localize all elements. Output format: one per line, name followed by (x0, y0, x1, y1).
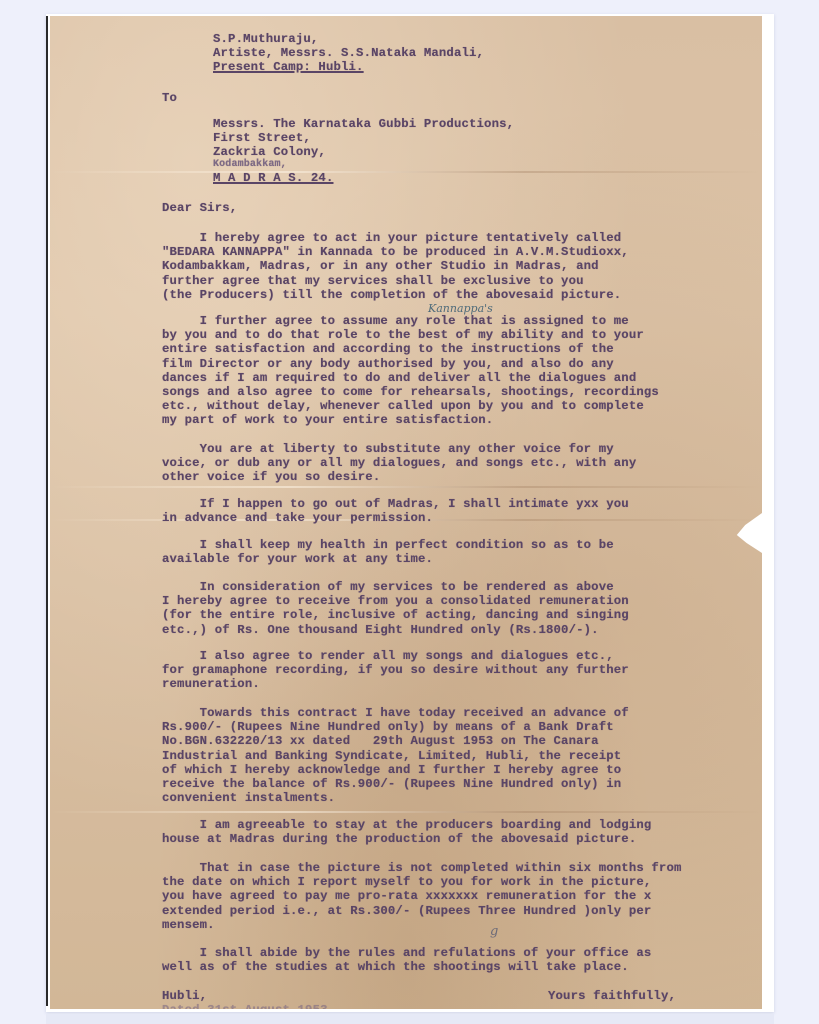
image-viewer: S.P.Muthuraju, Artiste, Messrs. S.S.Nata… (0, 0, 819, 1024)
scanned-letter: S.P.Muthuraju, Artiste, Messrs. S.S.Nata… (50, 16, 762, 1009)
handwritten-mark: g (490, 924, 498, 939)
para-3: You are at liberty to substitute any oth… (162, 442, 636, 485)
date-line: Dated 31st August 1953 (162, 1003, 328, 1009)
para-5: I shall keep my health in perfect condit… (162, 538, 614, 566)
recipient-line: Messrs. The Karnataka Gubbi Productions, (213, 117, 514, 131)
para-2: I further agree to assume any role that … (162, 314, 659, 428)
recipient-line: First Street, (213, 131, 311, 145)
para-11: I shall abide by the rules and refulatio… (162, 946, 651, 974)
para-7: I also agree to render all my songs and … (162, 649, 629, 692)
closing: Yours faithfully, (548, 989, 676, 1003)
sender-name: S.P.Muthuraju, (213, 32, 318, 46)
to-label: To (162, 91, 177, 105)
paper-fold (50, 171, 762, 173)
para-4: If I happen to go out of Madras, I shall… (162, 497, 629, 525)
sender-camp: Present Camp: Hubli. (213, 60, 364, 74)
place: Hubli, (162, 989, 207, 1003)
paper-fold (50, 811, 762, 813)
para-10: That in case the picture is not complete… (162, 861, 682, 932)
para-9: I am agreeable to stay at the producers … (162, 818, 651, 846)
recipient-city: M A D R A S. 24. (213, 171, 333, 185)
salutation: Dear Sirs, (162, 201, 237, 215)
viewer-bottom-bar (46, 1014, 774, 1024)
paper-fold (50, 486, 762, 488)
para-1: I hereby agree to act in your picture te… (162, 231, 629, 302)
para-6: In consideration of my services to be re… (162, 580, 629, 637)
para-8: Towards this contract I have today recei… (162, 706, 629, 805)
frame-border (46, 16, 48, 1006)
sender-title: Artiste, Messrs. S.S.Nataka Mandali, (213, 46, 484, 60)
